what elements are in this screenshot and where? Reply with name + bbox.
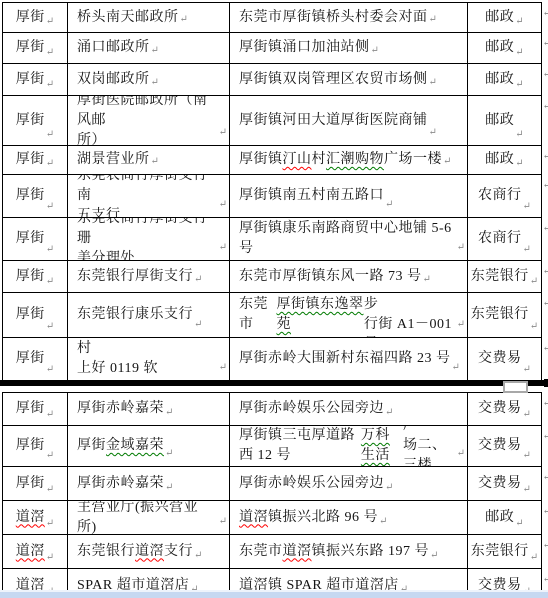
cell-end-mark-icon: ↵ bbox=[515, 75, 523, 95]
cell-end-mark-icon: ↵ bbox=[219, 358, 227, 378]
cell-end-mark-icon: ↵ bbox=[430, 546, 438, 566]
cell-site-name[interactable]: 涌口邮政所↵ bbox=[68, 33, 230, 63]
cell-end-mark-icon: ↵ bbox=[452, 358, 460, 378]
cell-end-mark-icon: ↵ bbox=[46, 272, 54, 292]
row-end-mark-icon: ↵ bbox=[543, 69, 548, 80]
cell-site-name[interactable]: 厚街医院邮政所（南风邮 所）↵ bbox=[68, 96, 230, 145]
row-end-mark-icon: ↵ bbox=[543, 180, 548, 191]
table-row: 道滘↵主营业厅(振兴营业所)↵道滘镇振兴北路 96 号↵邮政↵↵ bbox=[3, 501, 541, 535]
cell-address[interactable]: 厚街镇汀山村汇潮购物广场一楼↵ bbox=[230, 146, 468, 174]
cell-address[interactable]: 东莞市道滘镇振兴东路 197 号↵ bbox=[230, 535, 468, 568]
table-row: 厚街↵涌口邮政所↵厚街镇涌口加油站侧↵邮政↵↵ bbox=[3, 33, 541, 64]
row-end-mark-icon: ↵ bbox=[543, 398, 548, 409]
cell-end-mark-icon: ↵ bbox=[515, 154, 523, 174]
cell-site-name[interactable]: 东莞银行厚街支行↵ bbox=[68, 261, 230, 292]
cell-site-name[interactable]: 双岗邮政所↵ bbox=[68, 64, 230, 95]
cell-end-mark-icon: ↵ bbox=[194, 270, 202, 290]
table-row: 厚街↵厚街金域嘉荣↵厚街镇三屯厚道路西 12 号万科生活广 场二、三楼↵交费易↵… bbox=[3, 426, 541, 467]
table-row: 厚街↵东莞农商行厚街支行南 五支行↵厚街镇南五村南五路口↵农商行↵↵ bbox=[3, 175, 541, 218]
cell-end-mark-icon: ↵ bbox=[515, 12, 523, 32]
cell-end-mark-icon: ↵ bbox=[379, 512, 387, 532]
cell-end-mark-icon: ↵ bbox=[429, 123, 437, 143]
cell-type[interactable]: 东莞银行↵ bbox=[468, 293, 541, 337]
cell-type[interactable]: 交费易↵ bbox=[468, 467, 541, 500]
table-row: 厚街↵厚街医院邮政所（南风邮 所）↵厚街镇河田大道厚街医院商铺↵邮政↵↵ bbox=[3, 96, 541, 146]
cell-end-mark-icon: ↵ bbox=[515, 43, 523, 63]
cell-end-mark-icon: ↵ bbox=[429, 73, 437, 93]
table-row: 厚街↵湖景营业所↵厚街镇汀山村汇潮购物广场一楼↵邮政↵↵ bbox=[3, 146, 541, 175]
row-end-mark-icon: ↵ bbox=[543, 38, 548, 49]
table-row: 厚街↵东莞银行康乐支行↵东莞市厚街镇东逸翠苑新城 88 商业步 行街 A1－00… bbox=[3, 293, 541, 338]
cell-type[interactable]: 邮政↵ bbox=[468, 96, 541, 145]
cell-end-mark-icon: ↵ bbox=[385, 403, 393, 423]
word-document-page: 厚街↵桥头南天邮政所↵东莞市厚街镇桥头村委会对面↵邮政↵↵厚街↵涌口邮政所↵厚街… bbox=[0, 0, 548, 598]
cell-type[interactable]: 邮政↵ bbox=[468, 64, 541, 95]
row-end-mark-icon: ↵ bbox=[543, 431, 548, 442]
cell-end-mark-icon: ↵ bbox=[429, 10, 437, 30]
cell-end-mark-icon: ↵ bbox=[151, 41, 159, 61]
cell-town[interactable]: 厚街↵ bbox=[3, 467, 68, 500]
table-row: 厚街↵东莞农商行厚街支行珊 美分理处↵厚街镇康乐南路商贸中心地铺 5-6 号↵农… bbox=[3, 218, 541, 261]
cell-type[interactable]: 东莞银行↵ bbox=[468, 535, 541, 568]
cell-address[interactable]: 厚街镇三屯厚道路西 12 号万科生活广 场二、三楼↵ bbox=[230, 426, 468, 466]
cell-town[interactable]: 道滘↵ bbox=[3, 501, 68, 534]
cell-town[interactable]: 厚街↵ bbox=[3, 3, 68, 32]
cell-town[interactable]: 厚街↵ bbox=[3, 175, 68, 217]
cell-end-mark-icon: ↵ bbox=[46, 12, 54, 32]
cell-address[interactable]: 厚街镇河田大道厚街医院商铺↵ bbox=[230, 96, 468, 145]
spellcheck-squiggle: 道滘 bbox=[16, 508, 45, 528]
row-end-mark-icon: ↵ bbox=[543, 223, 548, 234]
cell-type[interactable]: 邮政↵ bbox=[468, 501, 541, 534]
cell-address[interactable]: 厚街镇双岗管理区农贸市场侧↵ bbox=[230, 64, 468, 95]
cell-end-mark-icon: ↵ bbox=[523, 240, 531, 260]
cell-site-name[interactable]: 东莞农商行厚街支行南 五支行↵ bbox=[68, 175, 230, 217]
cell-end-mark-icon: ↵ bbox=[165, 444, 173, 464]
cell-site-name[interactable]: 厚街赤岭嘉荣↵ bbox=[68, 393, 230, 425]
cell-end-mark-icon: ↵ bbox=[457, 238, 465, 258]
cell-end-mark-icon: ↵ bbox=[385, 478, 393, 498]
cell-end-mark-icon: ↵ bbox=[219, 512, 227, 532]
cell-end-mark-icon: ↵ bbox=[457, 315, 465, 335]
spellcheck-squiggle: 金域嘉荣 bbox=[106, 436, 164, 456]
spellcheck-squiggle: 道滘 bbox=[283, 542, 312, 562]
cell-town[interactable]: 厚街↵ bbox=[3, 96, 68, 145]
cell-end-mark-icon: ↵ bbox=[385, 195, 393, 215]
row-end-mark-icon: ↵ bbox=[543, 506, 548, 517]
cell-end-mark-icon: ↵ bbox=[46, 43, 54, 63]
spellcheck-squiggle: 汀山 bbox=[283, 150, 312, 170]
cell-type[interactable]: 邮政↵ bbox=[468, 146, 541, 174]
cell-type[interactable]: 交费易↵ bbox=[468, 426, 541, 466]
cell-type[interactable]: 农商行↵ bbox=[468, 175, 541, 217]
cell-address[interactable]: 东莞市厚街镇东逸翠苑新城 88 商业步 行街 A1－001 号↵ bbox=[230, 293, 468, 337]
cell-type[interactable]: 邮政↵ bbox=[468, 3, 541, 32]
cell-end-mark-icon: ↵ bbox=[46, 480, 54, 500]
table-row: 道滘↵东莞银行道滘支行↵东莞市道滘镇振兴东路 197 号↵东莞银行↵↵ bbox=[3, 535, 541, 569]
table-row: 厚街↵桥头南天邮政所↵东莞市厚街镇桥头村委会对面↵邮政↵↵ bbox=[3, 3, 541, 33]
table-row: 厚街↵厚街赤岭嘉荣↵厚街赤岭娱乐公园旁边↵交费易↵↵ bbox=[3, 393, 541, 426]
cell-end-mark-icon: ↵ bbox=[219, 238, 227, 258]
cell-address[interactable]: 厚街赤岭娱乐公园旁边↵ bbox=[230, 467, 468, 500]
cell-end-mark-icon: ↵ bbox=[46, 317, 54, 337]
cell-town[interactable]: 厚街↵ bbox=[3, 293, 68, 337]
cell-end-mark-icon: ↵ bbox=[523, 360, 531, 380]
table-row: 厚街↵厚街赤岭嘉荣↵厚街赤岭娱乐公园旁边↵交费易↵↵ bbox=[3, 467, 541, 501]
cell-end-mark-icon: ↵ bbox=[151, 73, 159, 93]
table-resize-handle[interactable] bbox=[503, 381, 528, 393]
row-end-mark-icon: ↵ bbox=[543, 472, 548, 483]
cell-end-mark-icon: ↵ bbox=[46, 548, 54, 568]
table-row: 厚街↵双岗邮政所↵厚街镇双岗管理区农贸市场侧↵邮政↵↵ bbox=[3, 64, 541, 96]
cell-end-mark-icon: ↵ bbox=[515, 514, 523, 534]
row-end-mark-icon: ↵ bbox=[543, 574, 548, 585]
cell-end-mark-icon: ↵ bbox=[46, 75, 54, 95]
cell-end-mark-icon: ↵ bbox=[46, 514, 54, 534]
spellcheck-squiggle: 道滘 bbox=[135, 542, 164, 562]
cell-end-mark-icon: ↵ bbox=[530, 272, 538, 292]
table-row: 厚街↵东莞厚街赤岭大围新村 上好 0119 软 68140119↵厚街赤岭大围新… bbox=[3, 338, 541, 380]
cell-type[interactable]: 交费易↵ bbox=[468, 393, 541, 425]
spellcheck-squiggle: 万科生活 bbox=[361, 426, 403, 466]
row-end-mark-icon: ↵ bbox=[543, 8, 548, 19]
cell-end-mark-icon: ↵ bbox=[194, 315, 202, 335]
cell-type[interactable]: 邮政↵ bbox=[468, 33, 541, 63]
cell-type[interactable]: 交费易↵ bbox=[468, 338, 541, 380]
cell-town[interactable]: 厚街↵ bbox=[3, 338, 68, 380]
cell-end-mark-icon: ↵ bbox=[371, 41, 379, 61]
cell-end-mark-icon: ↵ bbox=[46, 360, 54, 380]
cell-end-mark-icon: ↵ bbox=[165, 478, 173, 498]
cell-address[interactable]: 厚街镇南五村南五路口↵ bbox=[230, 175, 468, 217]
cell-town[interactable]: 厚街↵ bbox=[3, 218, 68, 260]
cell-address[interactable]: 东莞市厚街镇桥头村委会对面↵ bbox=[230, 3, 468, 32]
cell-site-name[interactable]: 东莞银行道滘支行↵ bbox=[68, 535, 230, 568]
cell-end-mark-icon: ↵ bbox=[180, 10, 188, 30]
cell-address[interactable]: 厚街镇康乐南路商贸中心地铺 5-6 号↵ bbox=[230, 218, 468, 260]
cell-end-mark-icon: ↵ bbox=[46, 446, 54, 466]
cell-end-mark-icon: ↵ bbox=[46, 197, 54, 217]
cell-end-mark-icon: ↵ bbox=[523, 197, 531, 217]
table-separator-end-nub bbox=[544, 379, 548, 387]
cell-type[interactable]: 东莞银行↵ bbox=[468, 261, 541, 292]
cell-end-mark-icon: ↵ bbox=[523, 446, 531, 466]
cell-end-mark-icon: ↵ bbox=[151, 152, 159, 172]
cell-address[interactable]: 厚街赤岭大围新村东福四路 23 号↵ bbox=[230, 338, 468, 380]
cell-town[interactable]: 厚街↵ bbox=[3, 393, 68, 425]
cell-site-name[interactable]: 东莞银行康乐支行↵ bbox=[68, 293, 230, 337]
row-end-mark-icon: ↵ bbox=[543, 266, 548, 277]
cell-end-mark-icon: ↵ bbox=[423, 270, 431, 290]
cell-end-mark-icon: ↵ bbox=[530, 548, 538, 568]
row-end-mark-icon: ↵ bbox=[543, 540, 548, 551]
cell-site-name[interactable]: 厚街金域嘉荣↵ bbox=[68, 426, 230, 466]
cell-end-mark-icon: ↵ bbox=[457, 444, 465, 464]
cell-type[interactable]: 农商行↵ bbox=[468, 218, 541, 260]
row-end-mark-icon: ↵ bbox=[543, 343, 548, 354]
spellcheck-squiggle: 道滘 bbox=[16, 542, 45, 562]
table-row: 厚街↵东莞银行厚街支行↵东莞市厚街镇东风一路 73 号↵东莞银行↵↵ bbox=[3, 261, 541, 293]
cell-end-mark-icon: ↵ bbox=[530, 317, 538, 337]
cell-address[interactable]: 道滘镇振兴北路 96 号↵ bbox=[230, 501, 468, 534]
cell-end-mark-icon: ↵ bbox=[515, 125, 523, 145]
cell-site-name[interactable]: 东莞厚街赤岭大围新村 上好 0119 软 68140119↵ bbox=[68, 338, 230, 380]
cell-address[interactable]: 厚街镇涌口加油站侧↵ bbox=[230, 33, 468, 63]
cell-end-mark-icon: ↵ bbox=[194, 546, 202, 566]
row-end-mark-icon: ↵ bbox=[543, 298, 548, 309]
cell-site-name[interactable]: 湖景营业所↵ bbox=[68, 146, 230, 174]
cell-town[interactable]: 厚街↵ bbox=[3, 261, 68, 292]
cell-end-mark-icon: ↵ bbox=[219, 123, 227, 143]
cell-site-name[interactable]: 桥头南天邮政所↵ bbox=[68, 3, 230, 32]
cell-end-mark-icon: ↵ bbox=[523, 405, 531, 425]
cell-town[interactable]: 厚街↵ bbox=[3, 64, 68, 95]
row-end-mark-icon: ↵ bbox=[543, 151, 548, 162]
cell-end-mark-icon: ↵ bbox=[46, 405, 54, 425]
cell-site-name[interactable]: 东莞农商行厚街支行珊 美分理处↵ bbox=[68, 218, 230, 260]
cell-end-mark-icon: ↵ bbox=[165, 403, 173, 423]
cell-address[interactable]: 厚街赤岭娱乐公园旁边↵ bbox=[230, 393, 468, 425]
cell-site-name[interactable]: 主营业厅(振兴营业所)↵ bbox=[68, 501, 230, 534]
cell-town[interactable]: 厚街↵ bbox=[3, 33, 68, 63]
horizontal-scrollbar[interactable] bbox=[0, 590, 548, 598]
cell-end-mark-icon: ↵ bbox=[46, 240, 54, 260]
cell-town[interactable]: 道滘↵ bbox=[3, 535, 68, 568]
table-separator-bar bbox=[0, 380, 546, 386]
cell-end-mark-icon: ↵ bbox=[46, 125, 54, 145]
spellcheck-squiggle: 汇潮购物 bbox=[326, 150, 384, 170]
cell-town[interactable]: 厚街↵ bbox=[3, 146, 68, 174]
cell-site-name[interactable]: 厚街赤岭嘉荣↵ bbox=[68, 467, 230, 500]
cell-end-mark-icon: ↵ bbox=[443, 152, 451, 172]
cell-end-mark-icon: ↵ bbox=[219, 195, 227, 215]
spellcheck-squiggle: 厚街镇东逸翠苑 bbox=[276, 295, 363, 335]
cell-end-mark-icon: ↵ bbox=[46, 154, 54, 174]
spellcheck-squiggle: 道滘 bbox=[239, 508, 268, 528]
cell-town[interactable]: 厚街↵ bbox=[3, 426, 68, 466]
cell-end-mark-icon: ↵ bbox=[523, 480, 531, 500]
cell-address[interactable]: 东莞市厚街镇东风一路 73 号↵ bbox=[230, 261, 468, 292]
row-end-mark-icon: ↵ bbox=[543, 101, 548, 112]
location-table-lower: 厚街↵厚街赤岭嘉荣↵厚街赤岭娱乐公园旁边↵交费易↵↵厚街↵厚街金域嘉荣↵厚街镇三… bbox=[2, 392, 542, 598]
location-table-upper: 厚街↵桥头南天邮政所↵东莞市厚街镇桥头村委会对面↵邮政↵↵厚街↵涌口邮政所↵厚街… bbox=[2, 2, 542, 380]
